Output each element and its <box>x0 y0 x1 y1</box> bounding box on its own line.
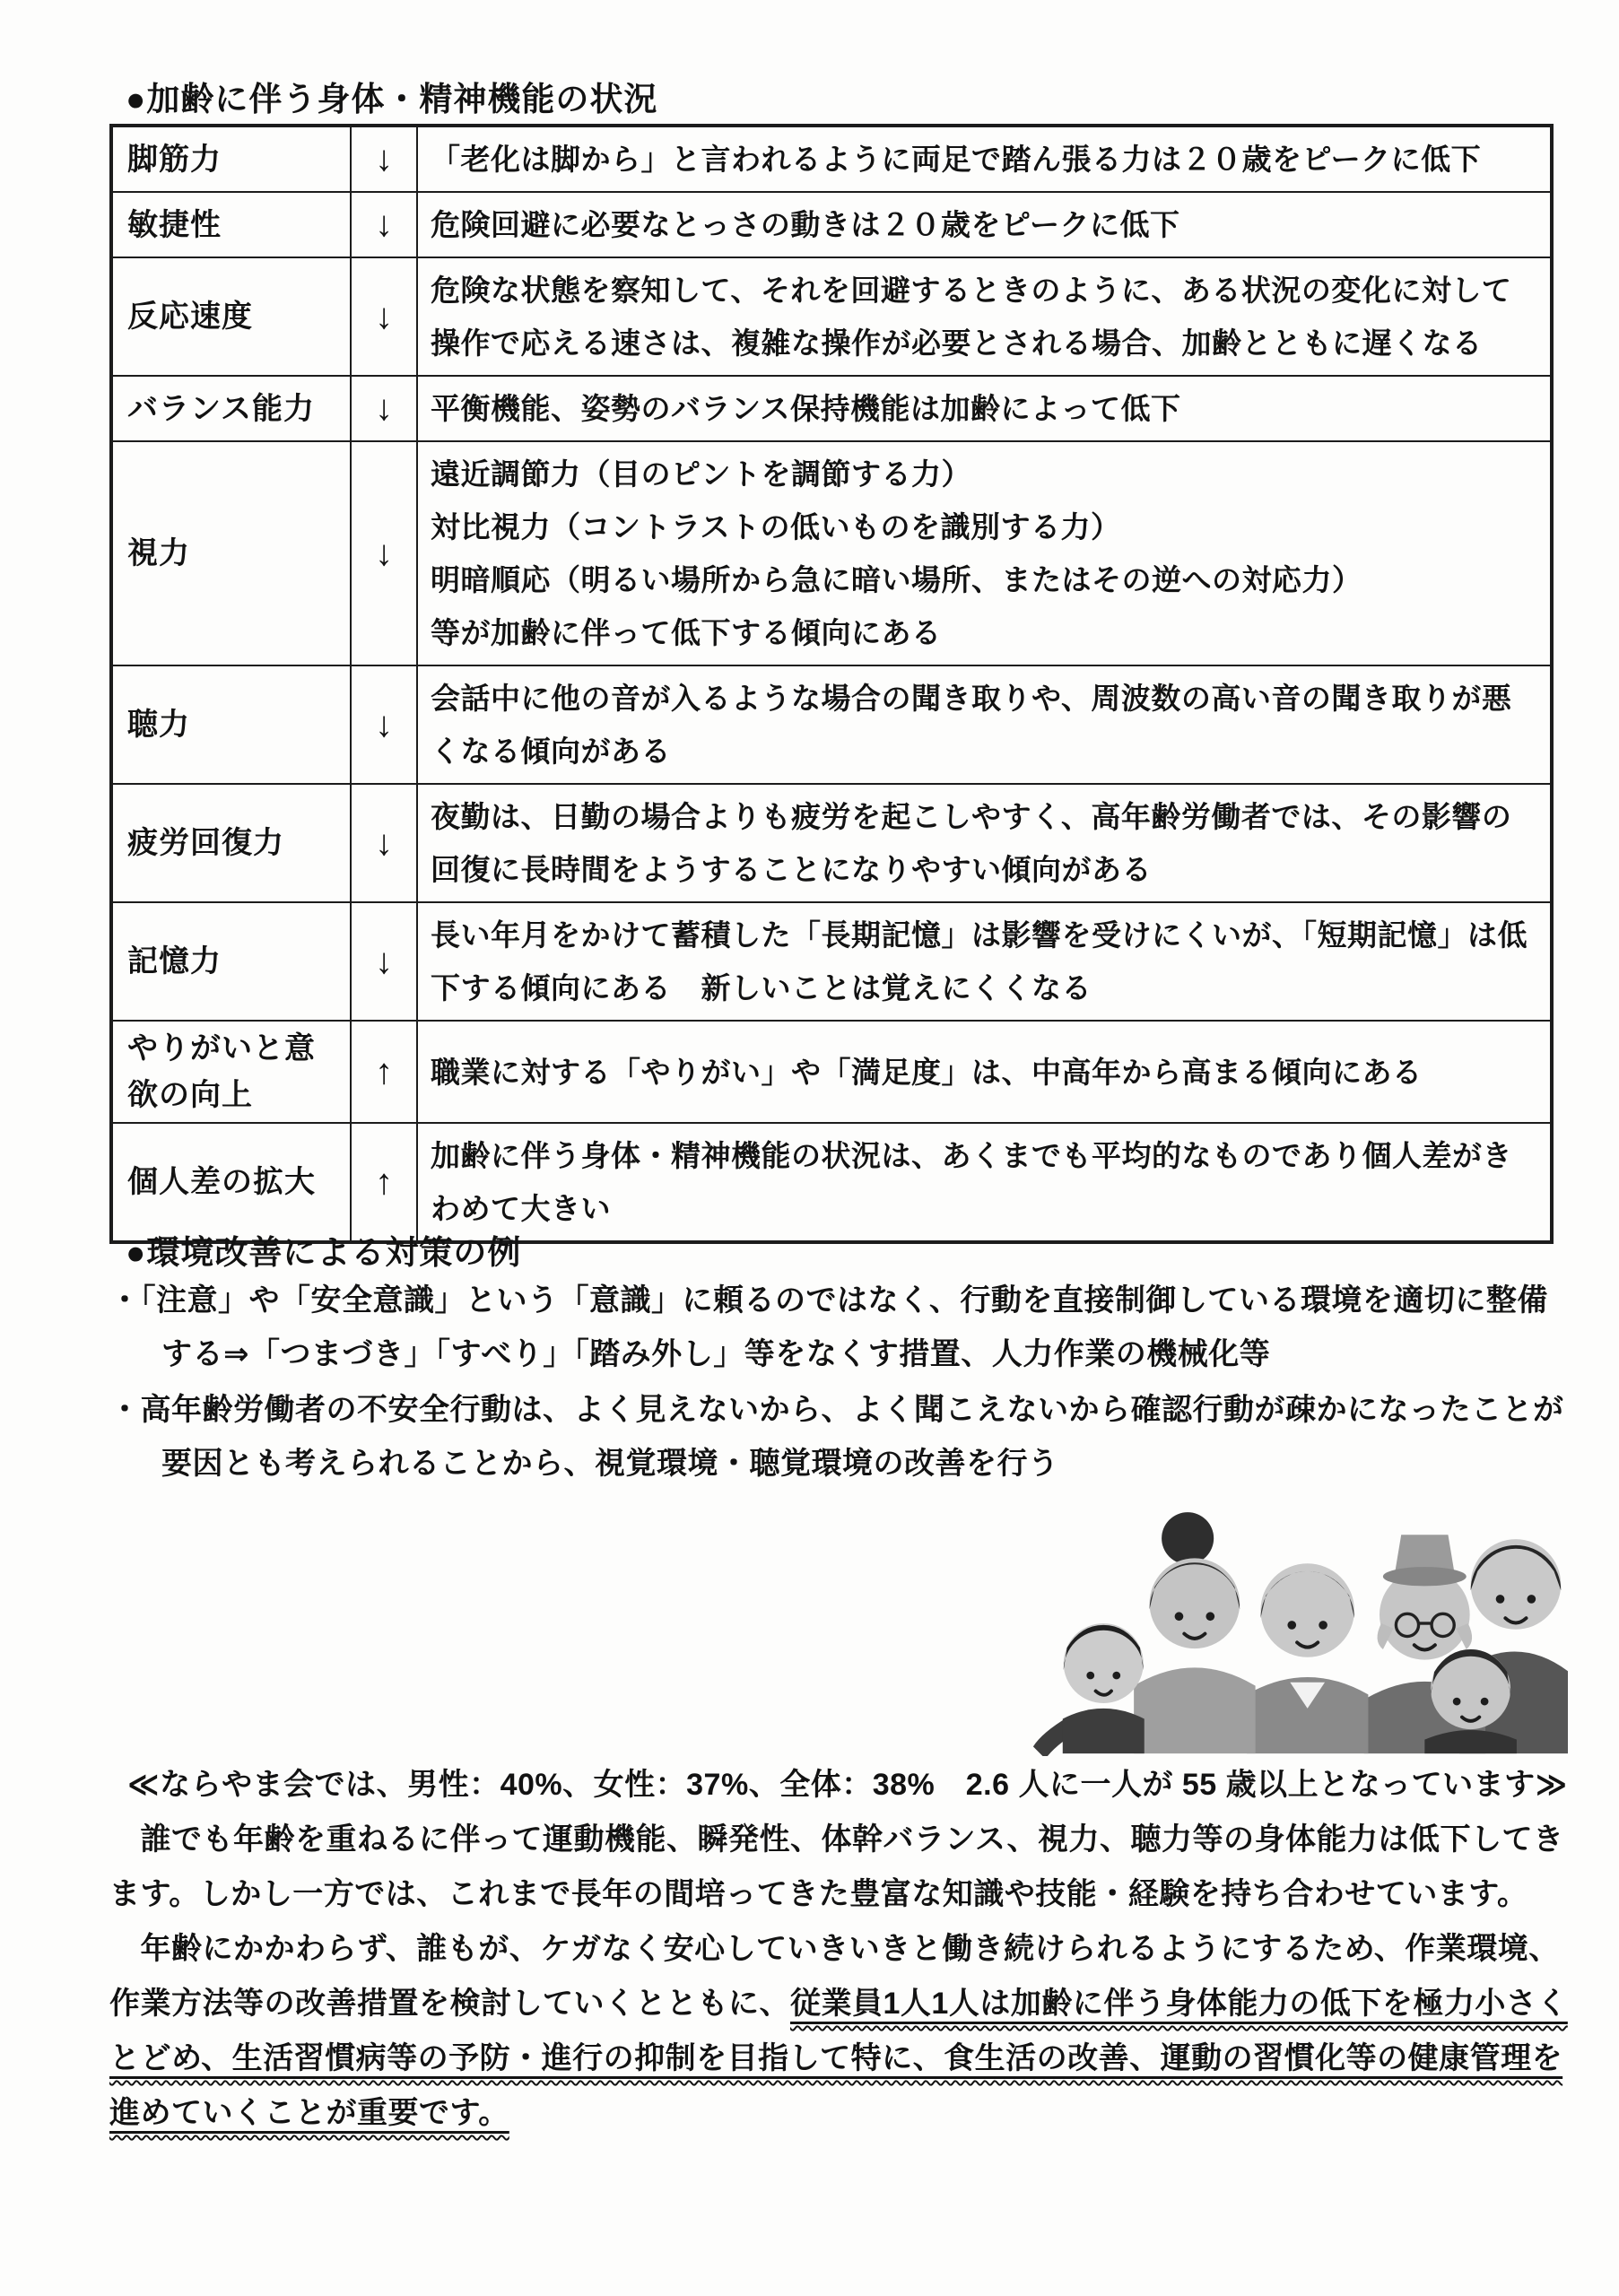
function-label: 疲労回復力 <box>111 784 351 902</box>
function-description: 平衡機能、姿勢のバランス保持機能は加齢によって低下 <box>417 376 1552 441</box>
aging-functions-table: 脚筋力 ↓ 「老化は脚から」と言われるように両足で踏ん張る力は２０歳をピークに低… <box>109 124 1554 1244</box>
boy-figure <box>1033 1623 1145 1756</box>
function-label: やりがいと意欲の向上 <box>111 1021 351 1123</box>
function-description: 危険回避に必要なとっさの動きは２０歳をピークに低下 <box>417 192 1552 257</box>
closing-text-block: ≪ならやま会では、男性：40%、女性：37%、全体：38% 2.6 人に一人が … <box>109 1758 1568 2141</box>
function-description: 加齢に伴う身体・精神機能の状況は、あくまでも平均的なものであり個人差がきわめて大… <box>417 1123 1552 1242</box>
function-description: 会話中に他の音が入るような場合の聞き取りや、周波数の高い音の聞き取りが悪くなる傾… <box>417 665 1552 784</box>
function-description: 危険な状態を察知して、それを回避するときのように、ある状況の変化に対して操作で応… <box>417 257 1552 376</box>
arrow-down-icon: ↓ <box>351 257 417 376</box>
arrow-down-icon: ↓ <box>351 441 417 665</box>
arrow-down-icon: ↓ <box>351 126 417 192</box>
arrow-down-icon: ↓ <box>351 784 417 902</box>
function-label: バランス能力 <box>111 376 351 441</box>
table-row: 視力 ↓ 遠近調節力（目のピントを調節する力） 対比視力（コントラストの低いもの… <box>111 441 1552 665</box>
section2-heading: ●環境改善による対策の例 <box>126 1225 521 1274</box>
function-description: 「老化は脚から」と言われるように両足で踏ん張る力は２０歳をピークに低下 <box>417 126 1552 192</box>
list-item: ・「注意」や「安全意識」という「意識」に頼るのではなく、行動を直接制御している環… <box>109 1274 1577 1381</box>
function-label: 視力 <box>111 441 351 665</box>
table-row: 敏捷性 ↓ 危険回避に必要なとっさの動きは２０歳をピークに低下 <box>111 192 1552 257</box>
bun-woman-figure <box>1134 1512 1255 1753</box>
function-label: 記憶力 <box>111 902 351 1021</box>
countermeasures-list: ・「注意」や「安全意識」という「意識」に頼るのではなく、行動を直接制御している環… <box>109 1274 1577 1492</box>
function-label: 聴力 <box>111 665 351 784</box>
arrow-down-icon: ↓ <box>351 376 417 441</box>
arrow-up-icon: ↑ <box>351 1021 417 1123</box>
function-label: 脚筋力 <box>111 126 351 192</box>
table-row: バランス能力 ↓ 平衡機能、姿勢のバランス保持機能は加齢によって低下 <box>111 376 1552 441</box>
list-item: ・高年齢労働者の不安全行動は、よく見えないから、よく聞こえないから確認行動が疎か… <box>109 1383 1577 1491</box>
function-label: 敏捷性 <box>111 192 351 257</box>
section1-heading: ●加齢に伴う身体・精神機能の状況 <box>126 72 657 120</box>
table-row: 反応速度 ↓ 危険な状態を察知して、それを回避するときのように、ある状況の変化に… <box>111 257 1552 376</box>
function-description: 遠近調節力（目のピントを調節する力） 対比視力（コントラストの低いものを識別する… <box>417 441 1552 665</box>
arrow-down-icon: ↓ <box>351 902 417 1021</box>
function-label: 反応速度 <box>111 257 351 376</box>
body-paragraph-1: 誰でも年齢を重ねるに伴って運動機能、瞬発性、体幹バランス、視力、聴力等の身体能力… <box>109 1813 1568 1922</box>
table-row: 聴力 ↓ 会話中に他の音が入るような場合の聞き取りや、周波数の高い音の聞き取りが… <box>111 665 1552 784</box>
function-description: 長い年月をかけて蓄積した「長期記憶」は影響を受けにくいが、「短期記憶」は低下する… <box>417 902 1552 1021</box>
table-row: 記憶力 ↓ 長い年月をかけて蓄積した「長期記憶」は影響を受けにくいが、「短期記憶… <box>111 902 1552 1021</box>
people-illustration <box>1030 1491 1568 1756</box>
arrow-down-icon: ↓ <box>351 665 417 784</box>
function-description: 職業に対する「やりがい」や「満足度」は、中高年から高まる傾向にある <box>417 1021 1552 1123</box>
function-description: 夜勤は、日勤の場合よりも疲労を起こしやすく、高年齢労働者では、その影響の回復に長… <box>417 784 1552 902</box>
family-group-illustration <box>1030 1491 1568 1756</box>
table-row: 脚筋力 ↓ 「老化は脚から」と言われるように両足で踏ん張る力は２０歳をピークに低… <box>111 126 1552 192</box>
table-row: やりがいと意欲の向上 ↑ 職業に対する「やりがい」や「満足度」は、中高年から高ま… <box>111 1021 1552 1123</box>
stats-quote: ≪ならやま会では、男性：40%、女性：37%、全体：38% 2.6 人に一人が … <box>109 1758 1568 1813</box>
body-paragraph-2: 年齢にかかわらず、誰もが、ケガなく安心していきいきと働き続けられるようにするため… <box>109 1922 1568 2141</box>
woman-figure <box>1247 1563 1368 1753</box>
arrow-down-icon: ↓ <box>351 192 417 257</box>
table-row: 疲労回復力 ↓ 夜勤は、日勤の場合よりも疲労を起こしやすく、高年齢労働者では、そ… <box>111 784 1552 902</box>
